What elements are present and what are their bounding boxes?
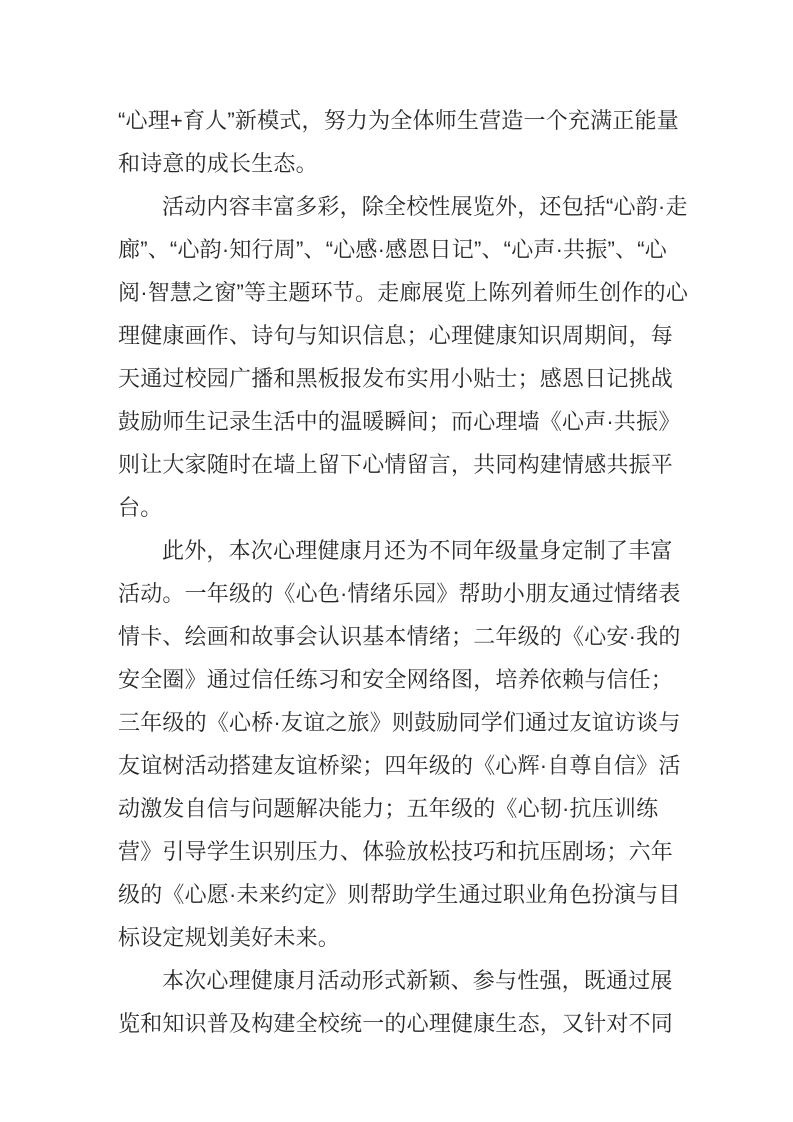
text-line: 廊”、“心韵·知行周”、“心感·感恩日记”、“心声·共振”、“心 — [118, 228, 680, 271]
text-line: 和诗意的成长生态。 — [118, 142, 680, 185]
text-line: 此外，本次心理健康月还为不同年级量身定制了丰富 — [118, 529, 680, 572]
text-line: 动激发自信与问题解决能力；五年级的《心韧·抗压训练 — [118, 787, 680, 830]
text-line: 天通过校园广播和黑板报发布实用小贴士；感恩日记挑战 — [118, 357, 680, 400]
text-line: 三年级的《心桥·友谊之旅》则鼓励同学们通过友谊访谈与 — [118, 701, 680, 744]
paragraph: 活动内容丰富多彩，除全校性展览外，还包括“心韵·走廊”、“心韵·知行周”、“心感… — [118, 185, 680, 529]
text-line: 活动。一年级的《心色·情绪乐园》帮助小朋友通过情绪表 — [118, 572, 680, 615]
text-line: 台。 — [118, 486, 680, 529]
text-line: 鼓励师生记录生活中的温暖瞬间；而心理墙《心声·共振》 — [118, 400, 680, 443]
text-line: 级的《心愿·未来约定》则帮助学生通过职业角色扮演与目 — [118, 873, 680, 916]
text-line: 营》引导学生识别压力、体验放松技巧和抗压剧场；六年 — [118, 830, 680, 873]
paragraph: 此外，本次心理健康月还为不同年级量身定制了丰富活动。一年级的《心色·情绪乐园》帮… — [118, 529, 680, 959]
document-body: “心理+育人”新模式，努力为全体师生营造一个充满正能量和诗意的成长生态。活动内容… — [118, 99, 680, 1045]
text-line: 理健康画作、诗句与知识信息；心理健康知识周期间，每 — [118, 314, 680, 357]
text-line: 则让大家随时在墙上留下心情留言，共同构建情感共振平 — [118, 443, 680, 486]
text-line: 阅·智慧之窗”等主题环节。走廊展览上陈列着师生创作的心 — [118, 271, 680, 314]
paragraph: 本次心理健康月活动形式新颖、参与性强，既通过展览和知识普及构建全校统一的心理健康… — [118, 959, 680, 1045]
text-line: 本次心理健康月活动形式新颖、参与性强，既通过展 — [118, 959, 680, 1002]
text-line: 安全圈》通过信任练习和安全网络图，培养依赖与信任； — [118, 658, 680, 701]
text-line: 览和知识普及构建全校统一的心理健康生态，又针对不同 — [118, 1002, 680, 1045]
document-viewport: { "page": { "background": "#ffffff", "te… — [0, 0, 793, 1122]
text-line: 友谊树活动搭建友谊桥梁；四年级的《心辉·自尊自信》活 — [118, 744, 680, 787]
text-line: 标设定规划美好未来。 — [118, 916, 680, 959]
document-page: “心理+育人”新模式，努力为全体师生营造一个充满正能量和诗意的成长生态。活动内容… — [0, 0, 793, 1122]
text-line: 活动内容丰富多彩，除全校性展览外，还包括“心韵·走 — [118, 185, 680, 228]
text-line: 情卡、绘画和故事会认识基本情绪；二年级的《心安·我的 — [118, 615, 680, 658]
text-line: “心理+育人”新模式，努力为全体师生营造一个充满正能量 — [118, 99, 680, 142]
paragraph: “心理+育人”新模式，努力为全体师生营造一个充满正能量和诗意的成长生态。 — [118, 99, 680, 185]
